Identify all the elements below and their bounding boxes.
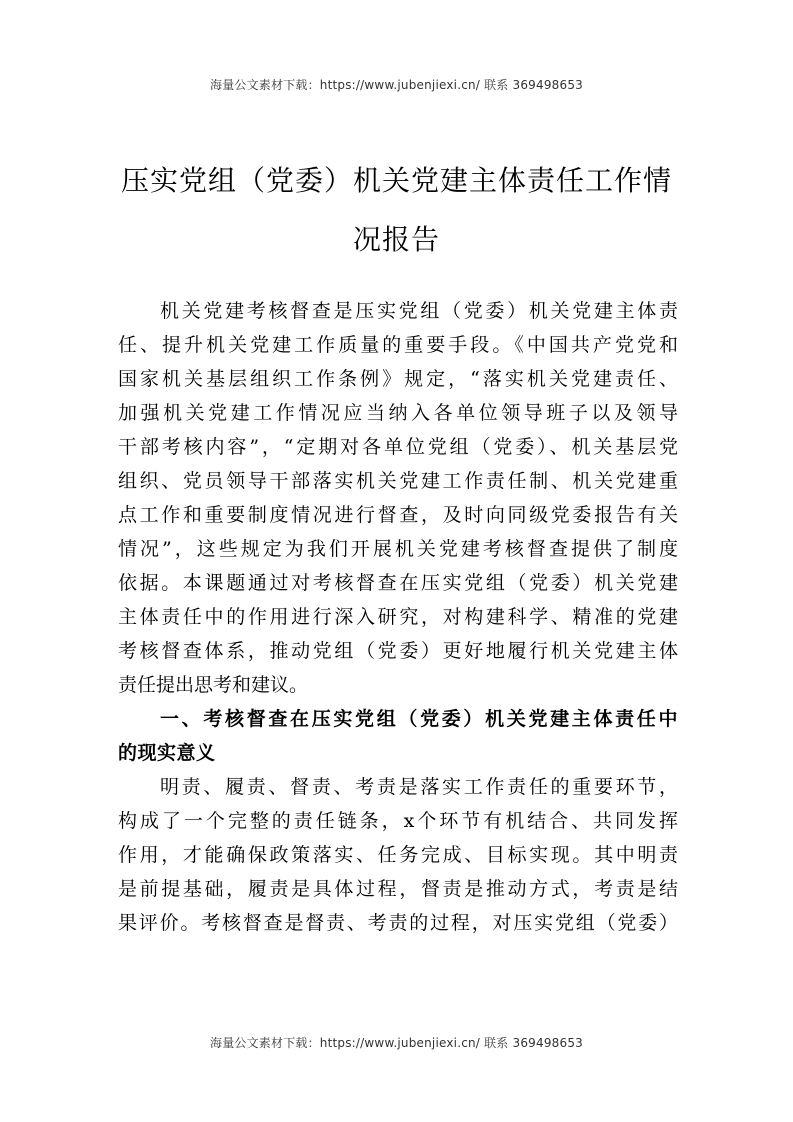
paragraph-line: 国家机关基层组织工作条例》规定，“落实机关党建责任、 xyxy=(118,362,678,396)
paragraph-line: 明责、履责、督责、考责是落实工作责任的重要环节， xyxy=(118,770,678,804)
paragraph-line: 是前提基础，履责是具体过程，督责是推动方式，考责是结 xyxy=(118,872,678,906)
header-watermark: 海量公文素材下载：https://www.jubenjiexi.cn/ 联系 3… xyxy=(0,76,793,93)
paragraph-line: 机关党建考核督查是压实党组（党委）机关党建主体责 xyxy=(118,294,678,328)
paragraph-line: 任、提升机关党建工作质量的重要手段。《中国共产党党和 xyxy=(118,328,678,362)
paragraph-line: 情况”，这些规定为我们开展机关党建考核督查提供了制度 xyxy=(118,532,678,566)
document-body: 机关党建考核督查是压实党组（党委）机关党建主体责 任、提升机关党建工作质量的重要… xyxy=(118,294,678,940)
document-title-line-2: 况报告 xyxy=(0,218,793,258)
paragraph-line: 干部考核内容”，“定期对各单位党组（党委）、机关基层党 xyxy=(118,430,678,464)
intro-paragraph: 机关党建考核督查是压实党组（党委）机关党建主体责 任、提升机关党建工作质量的重要… xyxy=(118,294,678,702)
document-title-line-1: 压实党组（党委）机关党建主体责任工作情 xyxy=(0,159,793,199)
footer-watermark: 海量公文素材下载：https://www.jubenjiexi.cn/ 联系 3… xyxy=(0,1034,793,1051)
section-heading-1: 一、考核督查在压实党组（党委）机关党建主体责任中 的现实意义 xyxy=(118,702,678,770)
section-1-paragraph: 明责、履责、督责、考责是落实工作责任的重要环节， 构成了一个完整的责任链条，x个… xyxy=(118,770,678,940)
paragraph-line: 作用，才能确保政策落实、任务完成、目标实现。其中明责 xyxy=(118,838,678,872)
paragraph-line: 果评价。考核督查是督责、考责的过程，对压实党组（党委） xyxy=(118,906,678,940)
paragraph-line: 考核督查体系，推动党组（党委）更好地履行机关党建主体 xyxy=(118,634,678,668)
paragraph-line: 构成了一个完整的责任链条，x个环节有机结合、共同发挥 xyxy=(118,804,678,838)
paragraph-line: 点工作和重要制度情况进行督查，及时向同级党委报告有关 xyxy=(118,498,678,532)
paragraph-line: 组织、党员领导干部落实机关党建工作责任制、机关党建重 xyxy=(118,464,678,498)
paragraph-line: 主体责任中的作用进行深入研究，对构建科学、精准的党建 xyxy=(118,600,678,634)
paragraph-line: 责任提出思考和建议。 xyxy=(118,668,678,702)
paragraph-line: 加强机关党建工作情况应当纳入各单位领导班子以及领导 xyxy=(118,396,678,430)
paragraph-line: 依据。本课题通过对考核督查在压实党组（党委）机关党建 xyxy=(118,566,678,600)
section-heading-line: 一、考核督查在压实党组（党委）机关党建主体责任中 xyxy=(118,702,678,736)
section-heading-line: 的现实意义 xyxy=(118,736,678,770)
